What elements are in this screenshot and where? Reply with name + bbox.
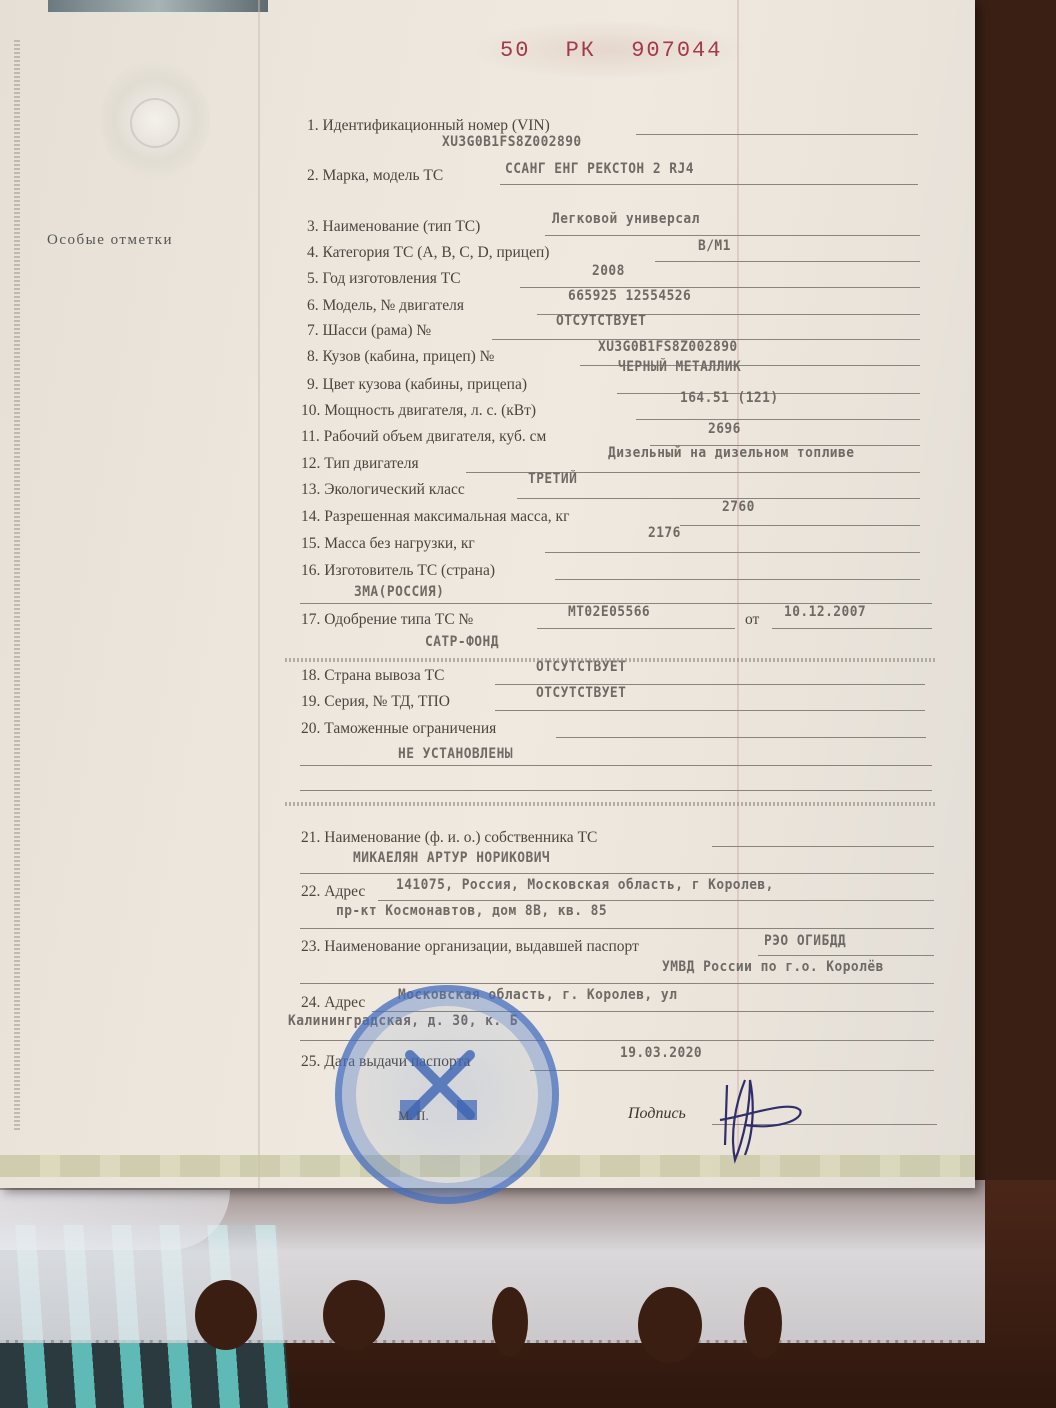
field-underline [712, 846, 934, 847]
field-label: 23. Наименование организации, выдавшей п… [301, 938, 639, 956]
field-underline [500, 184, 918, 185]
field-label: 4. Категория ТС (A, B, C, D, прицеп) [307, 244, 549, 262]
field-underline [545, 235, 920, 236]
field-label: 10. Мощность двигателя, л. с. (кВт) [301, 402, 536, 420]
field-value: НЕ УСТАНОВЛЕНЫ [398, 746, 513, 762]
series-letters: РК [566, 38, 596, 63]
field-label: 9. Цвет кузова (кабины, прицепа) [307, 376, 527, 394]
field-underline [636, 419, 920, 420]
field-label: 1. Идентификационный номер (VIN) [307, 117, 550, 135]
field-value: МТ02Е05566 [568, 604, 650, 620]
field-underline [636, 134, 918, 135]
field-value: ЗМА(РОССИЯ) [354, 584, 444, 600]
field-label: 7. Шасси (рама) № [307, 322, 431, 340]
field-value: ССАНГ ЕНГ РЕКСТОН 2 RJ4 [505, 161, 694, 177]
field-underline [772, 628, 932, 629]
field-label: 12. Тип двигателя [301, 455, 419, 473]
field-value: ЧЕРНЫЙ МЕТАЛЛИК [618, 359, 741, 375]
field-value: МИКАЕЛЯН АРТУР НОРИКОВИЧ [353, 850, 550, 866]
microtext-divider [285, 802, 935, 806]
microtext-divider [285, 658, 935, 662]
field-label: 2. Марка, модель ТС [307, 167, 443, 185]
field-value: ОТСУТСТВУЕТ [556, 313, 646, 329]
field-underline [680, 525, 920, 526]
field-value: XU3G0B1FS8Z002890 [442, 134, 582, 150]
punch-hole [744, 1287, 782, 1359]
special-marks-label: Особые отметки [47, 232, 173, 249]
field-label: 5. Год изготовления ТС [307, 270, 461, 288]
signature-icon [705, 1075, 815, 1165]
field-underline [517, 498, 920, 499]
field-value: Дизельный на дизельном топливе [608, 445, 854, 461]
field-value: РЭО ОГИБДД [764, 933, 846, 949]
series-number: 50 РК 907044 [500, 38, 742, 63]
fold-line [258, 0, 260, 1188]
field-value: 2760 [722, 499, 755, 515]
field-value: 2696 [708, 421, 741, 437]
stamp-mark-label: М. П. [398, 1108, 429, 1124]
microtext-border [14, 40, 20, 1130]
punch-hole [638, 1287, 702, 1363]
field-value: 141075, Россия, Московская область, г Ко… [396, 877, 774, 893]
top-strip [48, 0, 268, 12]
emblem-center-icon [130, 98, 180, 148]
field-label: 13. Экологический класс [301, 481, 465, 499]
field-value: ТРЕТИЙ [528, 471, 577, 487]
punch-hole [195, 1280, 257, 1350]
field-label: 11. Рабочий объем двигателя, куб. см [301, 428, 546, 446]
field-label: 16. Изготовитель ТС (страна) [301, 562, 495, 580]
field-value: 2176 [648, 525, 681, 541]
field-underline [758, 955, 934, 956]
field-label: 17. Одобрение типа ТС № [301, 611, 473, 629]
field-underline [300, 928, 934, 929]
field-label: 15. Масса без нагрузки, кг [301, 535, 475, 553]
field-label: 19. Серия, № ТД, ТПО [301, 693, 450, 711]
field-label: 21. Наименование (ф. и. о.) собственника… [301, 829, 597, 847]
field-underline [495, 710, 925, 711]
field-value: 164.51 (121) [680, 390, 779, 406]
field-value: ОТСУТСТВУЕТ [536, 685, 626, 701]
field-value: XU3G0B1FS8Z002890 [598, 339, 738, 355]
field-label: 8. Кузов (кабина, прицеп) № [307, 348, 494, 366]
field-underline [300, 873, 934, 874]
from-label: от [745, 611, 759, 629]
field-underline [545, 552, 920, 553]
security-line [737, 0, 739, 1160]
field-value: 19.03.2020 [620, 1045, 702, 1061]
field-value: УМВД России по г.о. Королёв [662, 959, 884, 975]
field-label: 22. Адрес [301, 883, 365, 901]
field-value: B/M1 [698, 238, 731, 254]
field-underline [378, 900, 934, 901]
field-label: 24. Адрес [301, 994, 365, 1012]
field-value: 10.12.2007 [784, 604, 866, 620]
field-label: 6. Модель, № двигателя [307, 297, 464, 315]
field-label: 14. Разрешенная максимальная масса, кг [301, 508, 569, 526]
field-underline [530, 1070, 934, 1071]
field-value: Легковой универсал [552, 211, 700, 227]
field-underline [556, 737, 926, 738]
punch-hole [492, 1287, 528, 1357]
field-value: 665925 12554526 [568, 288, 691, 304]
field-label: 3. Наименование (тип ТС) [307, 218, 480, 236]
field-underline [555, 579, 920, 580]
field-label: 18. Страна вывоза ТС [301, 667, 444, 685]
field-value: САТР-ФОНД [425, 634, 499, 650]
signature-label: Подпись [628, 1105, 686, 1123]
field-value: 2008 [592, 263, 625, 279]
field-underline [300, 983, 934, 984]
vehicle-passport-page: Особые отметки 50 РК 907044 1. Идентифик… [0, 0, 975, 1188]
field-underline [655, 261, 920, 262]
field-underline [537, 628, 735, 629]
field-underline [300, 765, 932, 766]
field-underline [300, 790, 932, 791]
field-value: пр-кт Космонавтов, дом 8В, кв. 85 [336, 903, 607, 919]
punch-hole [323, 1280, 385, 1350]
field-label: 20. Таможенные ограничения [301, 720, 496, 738]
plastic-sleeve-strip [0, 1180, 985, 1343]
series-region: 50 [500, 38, 530, 63]
series-digits: 907044 [631, 38, 722, 63]
